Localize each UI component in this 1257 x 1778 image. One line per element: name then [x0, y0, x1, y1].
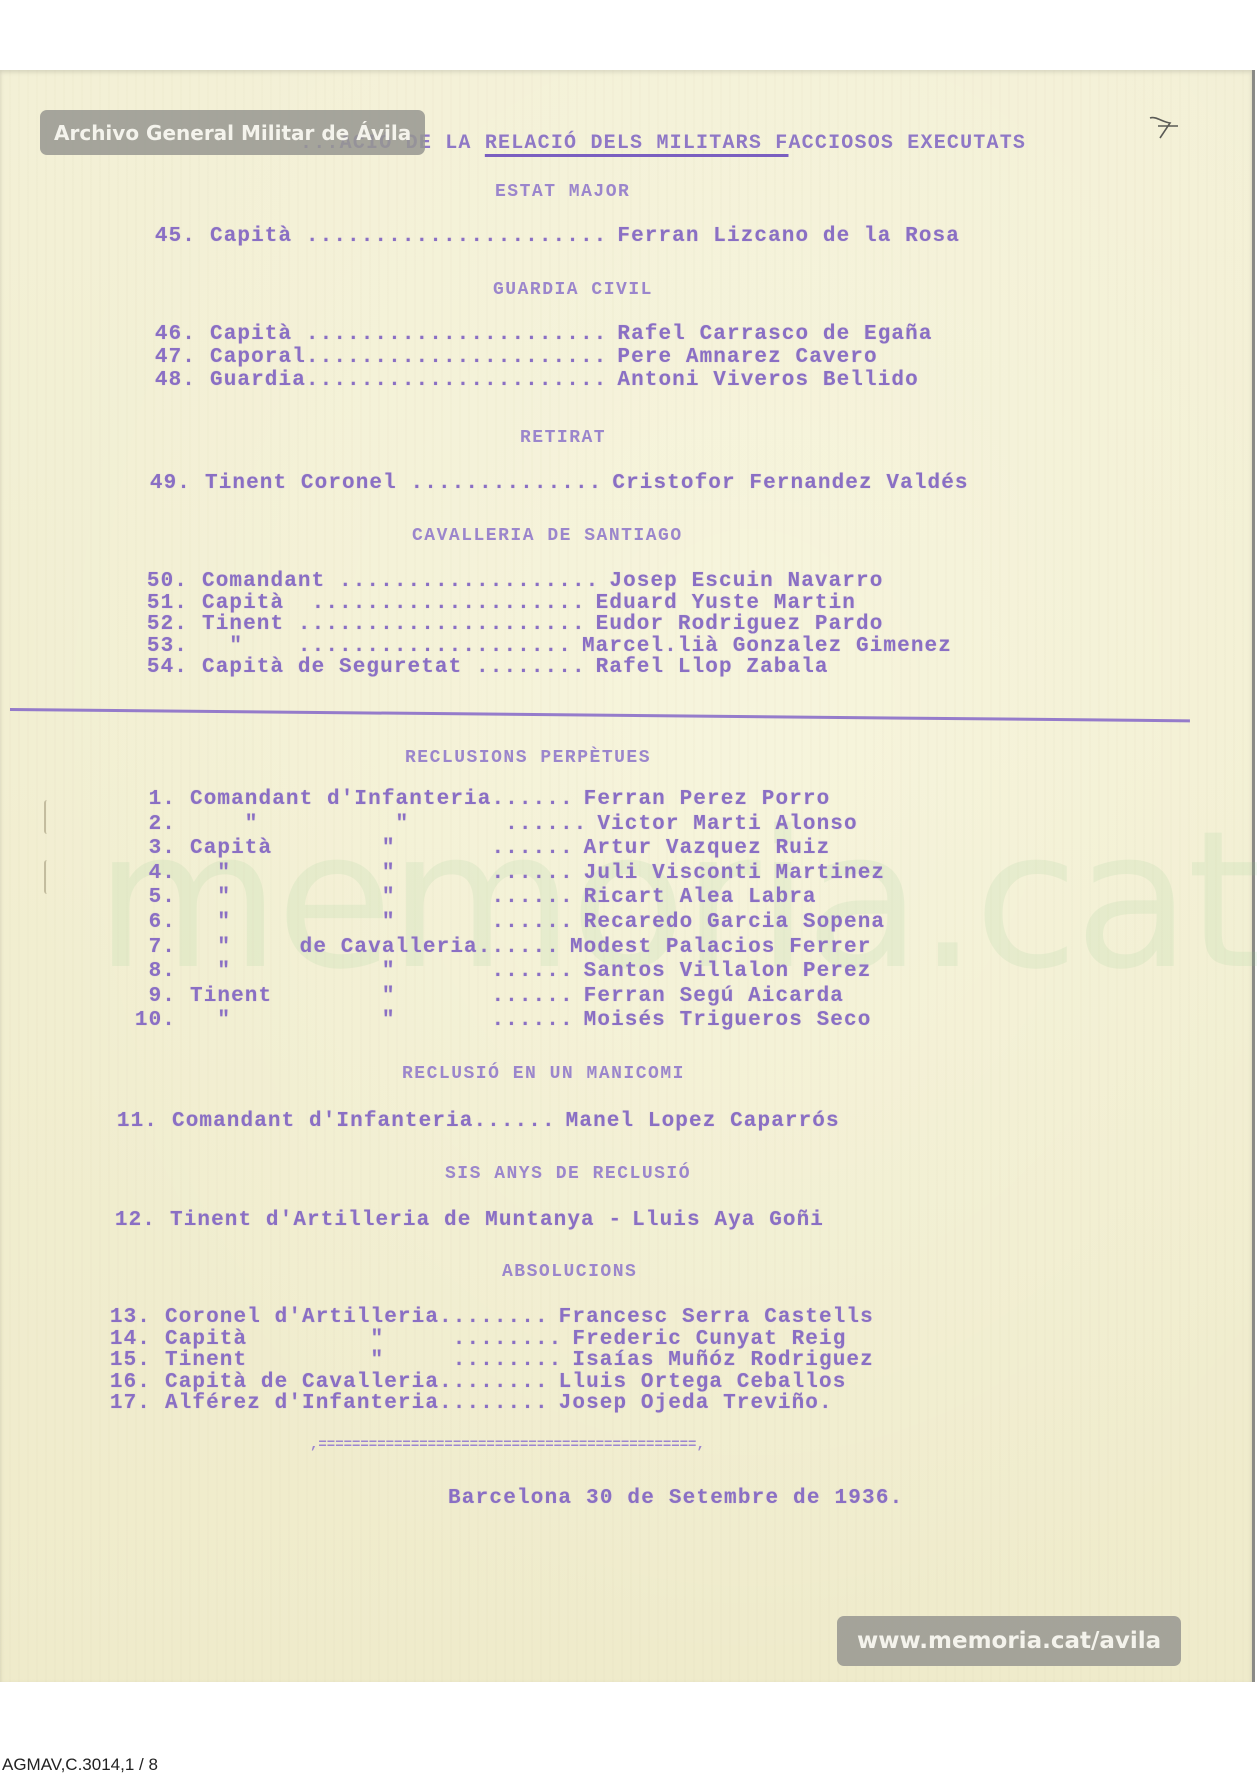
entry-name: Rafel Llop Zabala	[596, 656, 829, 679]
entry-rank: Tinent "	[190, 985, 396, 1008]
entry-rank: Alférez d'Infanteria	[165, 1392, 439, 1415]
entry-rank: " "	[190, 862, 396, 885]
section-heading: CAVALLERIA DE SANTIAGO	[412, 526, 683, 546]
entry-name: Frederic Cunyat Reig	[572, 1328, 846, 1351]
entry-rank: Tinent Coronel	[205, 472, 397, 495]
entry-rank: " "	[190, 1009, 396, 1032]
list-item: 53. " ....................Marcel.lià Gon…	[122, 635, 952, 658]
entry-name: Lluis Ortega Ceballos	[559, 1371, 847, 1394]
entry-dots: ......................	[306, 346, 607, 369]
section-heading: GUARDIA CIVIL	[493, 280, 653, 300]
entry-rank: " "	[190, 960, 396, 983]
section-heading: RECLUSIONS PERPÈTUES	[405, 748, 651, 768]
list-item: 4. " " ......Juli Visconti Martinez	[110, 862, 885, 885]
list-item: 17.Alférez d'Infanteria........Josep Oje…	[85, 1392, 833, 1415]
list-item: 10. " " ......Moisés Trigueros Seco	[110, 1009, 871, 1032]
entry-num: 11.	[92, 1110, 158, 1133]
entry-name: Antoni Viveros Bellido	[617, 369, 918, 392]
entry-name: Manel Lopez Caparrós	[566, 1110, 840, 1133]
entry-rank: Capità	[202, 592, 284, 615]
entry-num: 6.	[110, 911, 176, 934]
entry-name: Josep Ojeda Treviño.	[559, 1392, 833, 1415]
entry-dots: ....................	[284, 592, 585, 615]
list-item: 14.Capità " ........Frederic Cunyat Reig	[85, 1328, 846, 1351]
entry-name: Santos Villalon Perez	[584, 960, 872, 983]
entry-num: 54.	[122, 656, 188, 679]
entry-dots: ........	[462, 656, 585, 679]
list-item: 47.Caporal......................Pere Amn…	[130, 346, 878, 369]
section-heading: RETIRAT	[520, 428, 606, 448]
list-item: 45.Capità ......................Ferran L…	[130, 225, 960, 248]
entry-name: Artur Vazquez Ruiz	[584, 837, 831, 860]
entry-dots: ...................	[325, 570, 599, 593]
entry-num: 12.	[90, 1209, 156, 1232]
entry-num: 5.	[110, 886, 176, 909]
list-item: 5. " " ......Ricart Alea Labra	[110, 886, 817, 909]
entry-name: Eduard Yuste Martin	[596, 592, 856, 615]
entry-dots: ......................	[292, 323, 607, 346]
entry-rank: Capità "	[190, 837, 396, 860]
entry-num: 45.	[130, 225, 196, 248]
url-badge[interactable]: www.memoria.cat/avila	[837, 1616, 1181, 1666]
archive-label-badge: Archivo General Militar de Ávila	[40, 110, 425, 155]
entry-num: 14.	[85, 1328, 151, 1351]
entry-num: 50.	[122, 570, 188, 593]
list-item: 13.Coronel d'Artilleria........Francesc …	[85, 1306, 874, 1329]
list-item: 6. " " ......Recaredo Garcia Sopena	[110, 911, 885, 934]
entry-num: 13.	[85, 1306, 151, 1329]
list-item: 12.Tinent d'Artilleria de Muntanya -Llui…	[90, 1209, 824, 1232]
list-item: 49.Tinent Coronel ..............Cristofo…	[125, 472, 969, 495]
entry-dots: ........	[384, 1328, 562, 1351]
entry-num: 3.	[110, 837, 176, 860]
closing-rule: ,=======================================…	[310, 1437, 705, 1453]
entry-rank: Coronel d'Artilleria	[165, 1306, 439, 1329]
entry-rank: Capità	[210, 323, 292, 346]
entry-dots: ......................	[292, 225, 607, 248]
punch-hole-mark	[44, 800, 52, 834]
entry-dots: ....................	[243, 635, 572, 658]
entry-name: Modest Palacios Ferrer	[570, 936, 871, 959]
entry-dots: ......	[396, 837, 574, 860]
entry-num: 52.	[122, 613, 188, 636]
title-underlined: RELACIÓ DELS MILITARS F	[485, 132, 789, 155]
entry-name: Recaredo Garcia Sopena	[584, 911, 885, 934]
entry-rank: Tinent	[202, 613, 284, 636]
entry-num: 47.	[130, 346, 196, 369]
entry-name: Francesc Serra Castells	[559, 1306, 874, 1329]
list-item: 46.Capità ......................Rafel Ca…	[130, 323, 933, 346]
entry-rank: Capità "	[165, 1328, 384, 1351]
entry-dots: ........	[439, 1392, 549, 1415]
section-heading: ABSOLUCIONS	[502, 1262, 637, 1282]
entry-dots: -	[595, 1209, 622, 1232]
entry-dots: ......	[396, 960, 574, 983]
list-item: 48.Guardia......................Antoni V…	[130, 369, 919, 392]
entry-rank: Guardia	[210, 369, 306, 392]
punch-hole-mark	[44, 860, 52, 894]
list-item: 1.Comandant d'Infanteria......Ferran Per…	[110, 788, 830, 811]
list-item: 7. " de Cavalleria......Modest Palacios …	[110, 936, 871, 959]
section-heading: RECLUSIÓ EN UN MANICOMI	[402, 1064, 685, 1084]
entry-name: Ferran Segú Aicarda	[584, 985, 844, 1008]
entry-name: Rafel Carrasco de Egaña	[617, 323, 932, 346]
entry-dots: ......	[396, 985, 574, 1008]
entry-rank: " "	[190, 911, 396, 934]
entry-dots: ......................	[306, 369, 607, 392]
entry-num: 53.	[122, 635, 188, 658]
entry-rank: "	[202, 635, 243, 658]
entry-rank: " de Cavalleria	[190, 936, 478, 959]
list-item: 9.Tinent " ......Ferran Segú Aicarda	[110, 985, 844, 1008]
list-item: 50.Comandant ...................Josep Es…	[122, 570, 883, 593]
place-date: Barcelona 30 de Setembre de 1936.	[448, 1487, 903, 1510]
entry-rank: Tinent d'Artilleria de Muntanya	[170, 1209, 595, 1232]
entry-dots: ......	[409, 813, 587, 836]
entry-name: Josep Escuin Navarro	[609, 570, 883, 593]
list-item: 16.Capità de Cavalleria........Lluis Ort…	[85, 1371, 846, 1394]
entry-name: Lluis Aya Goñi	[632, 1209, 824, 1232]
list-item: 15.Tinent " ........Isaías Muñóz Rodrigu…	[85, 1349, 874, 1372]
entry-dots: ......	[491, 788, 573, 811]
list-item: 3.Capità " ......Artur Vazquez Ruiz	[110, 837, 830, 860]
entry-num: 2.	[110, 813, 176, 836]
entry-num: 10.	[110, 1009, 176, 1032]
list-item: 2. " " ......Victor Marti Alonso	[110, 813, 858, 836]
entry-dots: ......	[396, 886, 574, 909]
entry-num: 15.	[85, 1349, 151, 1372]
list-item: 54.Capità de Seguretat ........Rafel Llo…	[122, 656, 829, 679]
entry-dots: ........	[439, 1306, 549, 1329]
entry-num: 4.	[110, 862, 176, 885]
list-item: 52.Tinent .....................Eudor Rod…	[122, 613, 883, 636]
entry-rank: Capità	[210, 225, 292, 248]
entry-name: Juli Visconti Martinez	[584, 862, 885, 885]
section-heading: ESTAT MAJOR	[495, 182, 630, 202]
entry-dots: ......	[396, 862, 574, 885]
entry-name: Ferran Lizcano de la Rosa	[617, 225, 960, 248]
entry-num: 46.	[130, 323, 196, 346]
entry-name: Ricart Alea Labra	[584, 886, 817, 909]
entry-dots: ........	[439, 1371, 549, 1394]
entry-rank: Caporal	[210, 346, 306, 369]
entry-name: Pere Amnarez Cavero	[617, 346, 877, 369]
entry-dots: ......	[396, 911, 574, 934]
entry-name: Moisés Trigueros Seco	[584, 1009, 872, 1032]
entry-dots: ......	[478, 936, 560, 959]
entry-rank: " "	[190, 813, 409, 836]
entry-num: 16.	[85, 1371, 151, 1394]
entry-name: Ferran Perez Porro	[584, 788, 831, 811]
entry-num: 8.	[110, 960, 176, 983]
entry-name: Eudor Rodriguez Pardo	[596, 613, 884, 636]
list-item: 8. " " ......Santos Villalon Perez	[110, 960, 871, 983]
entry-num: 51.	[122, 592, 188, 615]
entry-dots: ......	[473, 1110, 555, 1133]
entry-dots: .....................	[284, 613, 585, 636]
entry-rank: " "	[190, 886, 396, 909]
list-item: 51.Capità ....................Eduard Yus…	[122, 592, 856, 615]
entry-rank: Comandant d'Infanteria	[172, 1110, 473, 1133]
entry-num: 17.	[85, 1392, 151, 1415]
entry-rank: Capità de Seguretat	[202, 656, 462, 679]
entry-rank: Capità de Cavalleria	[165, 1371, 439, 1394]
entry-name: Isaías Muñóz Rodriguez	[572, 1349, 873, 1372]
entry-dots: ......	[396, 1009, 574, 1032]
section-heading: SIS ANYS DE RECLUSIÓ	[445, 1164, 691, 1184]
entry-dots: ........	[384, 1349, 562, 1372]
title-rest: ACCIOSOS EXECUTATS	[788, 132, 1026, 155]
entry-name: Cristofor Fernandez Valdés	[612, 472, 968, 495]
list-item: 11.Comandant d'Infanteria......Manel Lop…	[92, 1110, 840, 1133]
page-number-mark-icon	[1148, 114, 1188, 140]
entry-dots: ..............	[397, 472, 603, 495]
entry-name: Victor Marti Alonso	[597, 813, 857, 836]
entry-num: 48.	[130, 369, 196, 392]
entry-name: Marcel.lià Gonzalez Gimenez	[582, 635, 952, 658]
entry-rank: Comandant d'Infanteria	[190, 788, 491, 811]
entry-rank: Tinent "	[165, 1349, 384, 1372]
entry-num: 7.	[110, 936, 176, 959]
footer-reference: AGMAV,C.3014,1 / 8	[2, 1755, 158, 1775]
entry-num: 1.	[110, 788, 176, 811]
entry-num: 9.	[110, 985, 176, 1008]
entry-num: 49.	[125, 472, 191, 495]
entry-rank: Comandant	[202, 570, 325, 593]
